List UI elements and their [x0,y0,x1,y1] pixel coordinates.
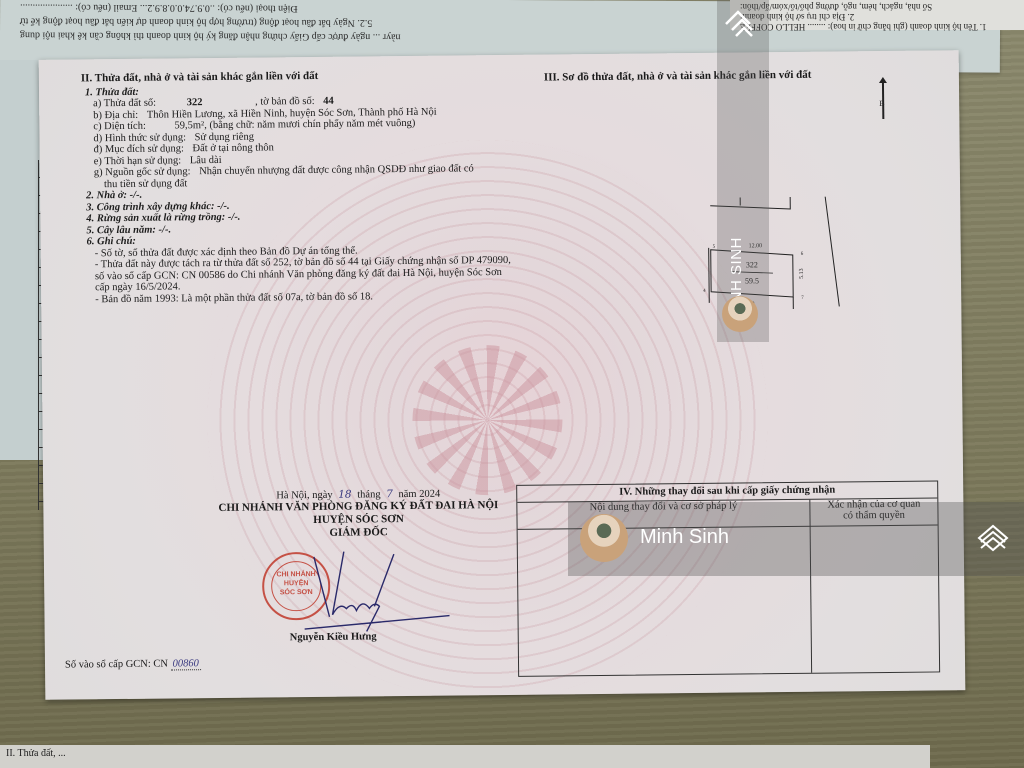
map-label: , tờ bản đồ số: [255,96,315,108]
section-land-parcel: II. Thửa đất, nhà ở và tài sản khác gắn … [81,69,523,306]
handwritten-signature [284,546,455,638]
gcn-register-number: Số vào sổ cấp GCN: CN 00860 [65,658,201,670]
bg-line: 2. Địa chỉ trụ sở hộ kinh doanh: [740,12,1020,22]
north-label: B [879,99,884,108]
svg-text:6: 6 [801,252,804,257]
date-year: năm 2024 [398,489,440,500]
use-form-value: Sử dụng riêng [195,131,254,143]
gcn-number: 00860 [171,658,201,670]
date-prefix: Hà Nội, ngày [276,490,332,502]
svg-text:4: 4 [703,289,706,294]
section-plot-diagram-title: III. Sơ đồ thửa đất, nhà ở và tài sản kh… [544,69,812,84]
svg-text:7: 7 [801,296,804,301]
gcn-label: Số vào sổ cấp GCN: CN [65,659,168,671]
signature-block: Hà Nội, ngày 18 tháng 7 năm 2024 CHI NHÁ… [193,487,524,541]
watermark-horizontal-band [568,502,1024,576]
watermark-avatar [580,514,628,562]
map-number: 44 [323,96,334,107]
bg-line: II. Thửa đất, ... [6,748,66,759]
note-item: - Thửa đất này được tách ra từ thửa đất … [95,255,515,294]
origin-label: g) Nguồn gốc sử dụng: [94,166,191,178]
land-use-certificate: II. Thửa đất, nhà ở và tài sản khác gắn … [39,50,966,700]
svg-text:5.18: 5.18 [700,263,701,274]
svg-text:5.13: 5.13 [799,268,805,279]
parcel-label: a) Thửa đất số: [93,98,156,110]
svg-text:5: 5 [713,245,716,250]
term-value: Lâu dài [190,154,222,165]
purpose-value: Đất ở tại nông thôn [192,142,273,154]
watermark-avatar-small [722,296,758,332]
date-month-label: tháng [357,489,380,500]
watermark-name: Minh Sinh [640,526,729,549]
purpose-label: đ) Mục đích sử dụng: [94,143,184,155]
address-label: b) Địa chỉ: [93,109,138,120]
date-month: 7 [386,488,393,500]
background-form-bottom: II. Thửa đất, ... [0,745,930,768]
drum-star-pattern [412,344,564,496]
area-label: c) Diện tích: [93,121,146,133]
area-value: 59,5m², (bằng chữ: năm mươi chín phẩy nă… [174,118,415,132]
background-form-top-right: 1. Tên hộ kinh doanh (ghi bằng chữ in ho… [730,0,1024,30]
chevron-stack-logo-icon [975,520,1011,556]
use-form-label: d) Hình thức sử dụng: [93,132,186,144]
date-day: 18 [338,489,351,501]
parcel-number: 322 [187,97,203,108]
term-label: e) Thời hạn sử dụng: [94,155,182,167]
bg-line: Số nhà, ngách, hẻm, ngõ, đường phố/tổ/xó… [740,2,1020,12]
chevron-stack-logo-icon [722,6,758,42]
bg-line: 1. Tên hộ kinh doanh (ghi bằng chữ in ho… [740,22,1020,32]
origin-value: Nhận chuyển nhượng đất được công nhận QS… [199,163,474,177]
signer-name: Nguyễn Kiều Hưng [290,631,377,643]
